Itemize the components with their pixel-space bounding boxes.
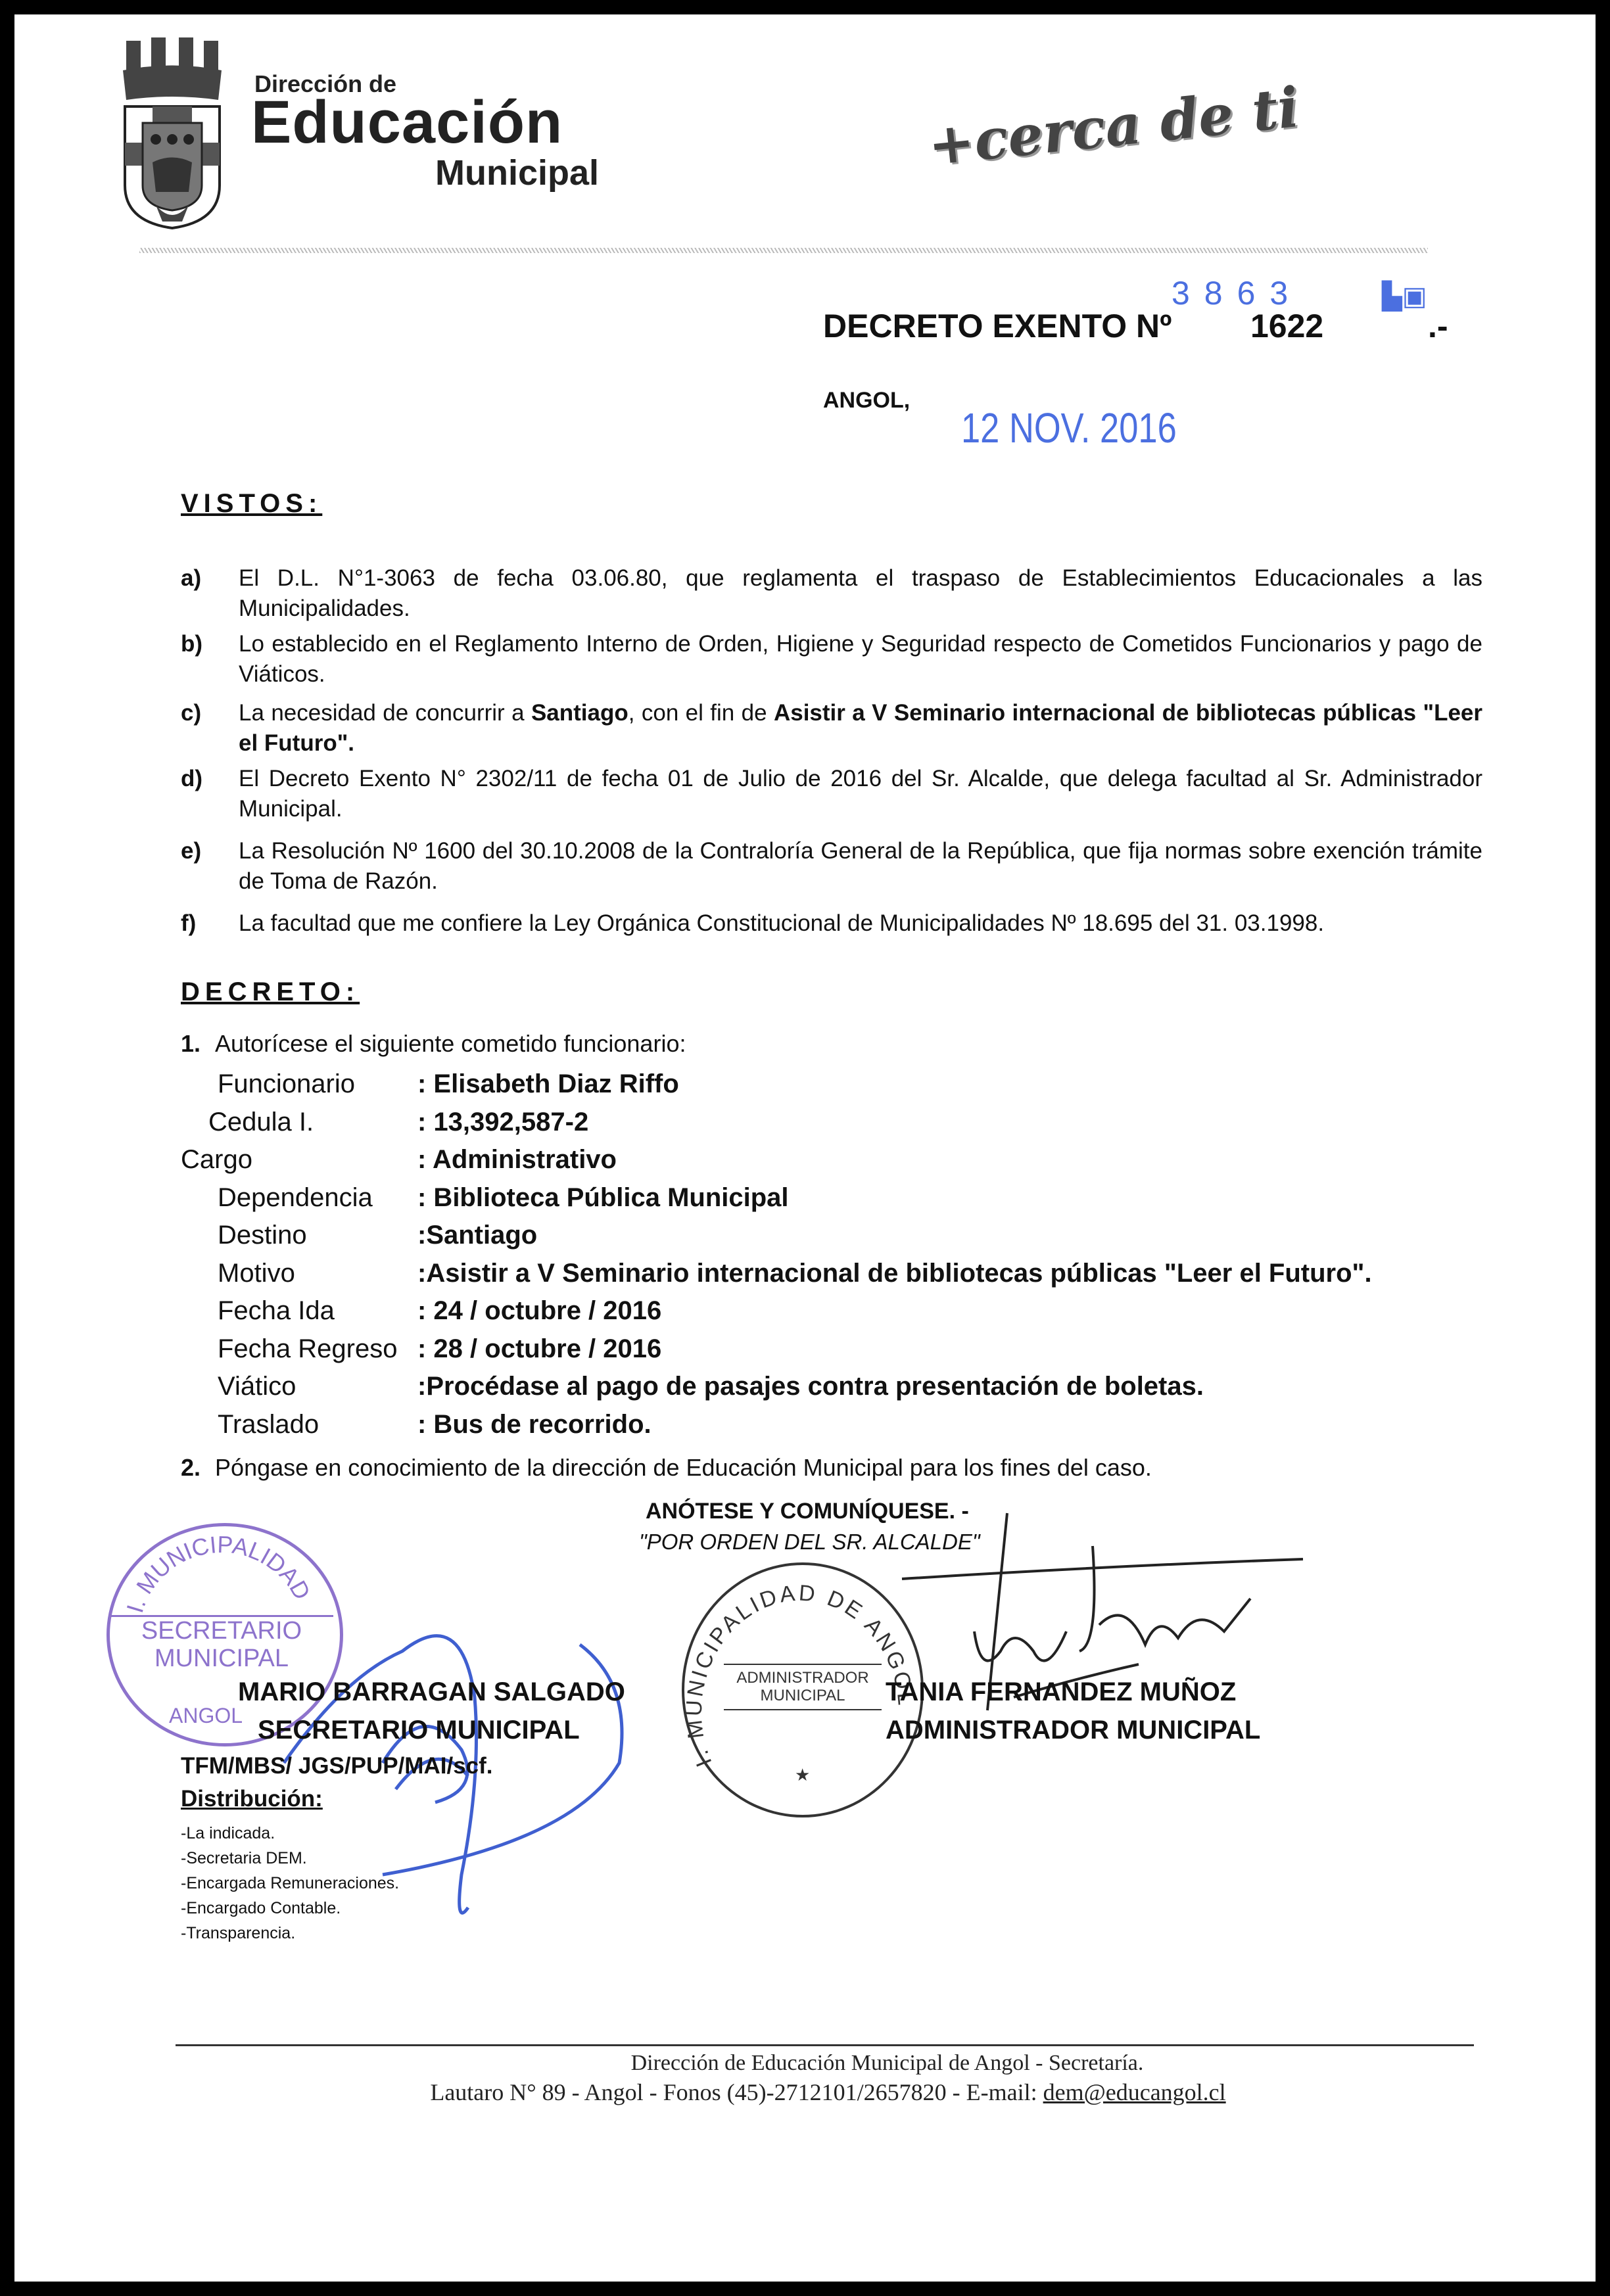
item-text: Lo establecido en el Reglamento Interno … (239, 629, 1482, 690)
place: ANGOL, (823, 388, 910, 413)
item-label: e) (181, 836, 201, 866)
right-signer-name: TANIA FERNANDEZ MUÑOZ (886, 1677, 1236, 1707)
point-text: Autorícese el siguiente cometido funcion… (215, 1030, 686, 1057)
distribucion-item: -Transparencia. (181, 1921, 399, 1946)
vistos-item: d)El Decreto Exento N° 2302/11 de fecha … (181, 764, 1482, 824)
left-signer-role: SECRETARIO MUNICIPAL (258, 1716, 580, 1745)
distribucion-item: -Encargada Remuneraciones. (181, 1871, 399, 1896)
field-value: :Santiago (417, 1221, 537, 1250)
field-label: Fecha Ida (218, 1296, 335, 1325)
point-number: 1. (181, 1030, 201, 1057)
registry-stamp-icon: ▙▣ (1382, 281, 1427, 312)
field-row: Funcionario: Elisabeth Diaz Riffo (181, 1069, 355, 1099)
footer-email-link[interactable]: dem@educangol.cl (1043, 2079, 1226, 2105)
text-run: La facultad que me confiere la Ley Orgán… (239, 910, 1324, 936)
header-divider (139, 248, 1428, 253)
text-run: Lo establecido en el Reglamento Interno … (239, 631, 1482, 687)
field-label: Dependencia (218, 1183, 373, 1212)
field-row: Cargo: Administrativo (181, 1145, 252, 1175)
field-value: : Elisabeth Diaz Riffo (417, 1069, 679, 1099)
slogan: +cerca de ti (925, 74, 1302, 178)
point-number: 2. (181, 1454, 201, 1481)
field-label: Cargo (181, 1145, 252, 1174)
field-value: :Procédase al pago de pasajes contra pre… (417, 1372, 1204, 1401)
initials: TFM/MBS/ JGS/PUP/MAI/scf. (181, 1753, 493, 1779)
text-run: La Resolución Nº 1600 del 30.10.2008 de … (239, 838, 1482, 894)
field-label: Traslado (218, 1410, 319, 1439)
item-label: d) (181, 764, 202, 794)
field-label: Motivo (218, 1259, 295, 1288)
star-icon: ★ (795, 1766, 810, 1785)
vistos-item: c)La necesidad de concurrir a Santiago, … (181, 698, 1482, 759)
vistos-item: b)Lo establecido en el Reglamento Intern… (181, 629, 1482, 690)
coat-of-arms-icon (120, 34, 225, 231)
field-row: Fecha Regreso: 28 / octubre / 2016 (181, 1334, 397, 1364)
item-text: La necesidad de concurrir a Santiago, co… (239, 698, 1482, 759)
field-row: Destino:Santiago (181, 1221, 307, 1250)
text-run: , con el fin de (628, 700, 774, 726)
field-label: Funcionario (218, 1069, 355, 1098)
text-run: El D.L. N°1-3063 de fecha 03.06.80, que … (239, 565, 1482, 621)
brand-line3: Municipal (435, 152, 599, 193)
field-value: :Asistir a V Seminario internacional de … (417, 1259, 1372, 1288)
field-row: Motivo:Asistir a V Seminario internacion… (181, 1259, 295, 1288)
field-value: : 13,392,587-2 (417, 1108, 588, 1137)
decree-number: 1622 (1250, 307, 1323, 345)
brand-line2: Educación (251, 88, 563, 157)
vistos-item: a)El D.L. N°1-3063 de fecha 03.06.80, qu… (181, 563, 1482, 624)
decreto-point-2: 2. Póngase en conocimiento de la direcci… (181, 1454, 1152, 1482)
decree-title: DECRETO EXENTO Nº (823, 307, 1172, 345)
footer-address: Lautaro N° 89 - Angol - Fonos (45)-27121… (430, 2079, 1043, 2105)
distribucion-item: -Encargado Contable. (181, 1896, 399, 1921)
item-text: La Resolución Nº 1600 del 30.10.2008 de … (239, 836, 1482, 897)
text-run: El Decreto Exento N° 2302/11 de fecha 01… (239, 766, 1482, 822)
date-stamp: 12 NOV. 2016 (961, 404, 1177, 452)
item-text: El D.L. N°1-3063 de fecha 03.06.80, que … (239, 563, 1482, 624)
item-text: El Decreto Exento N° 2302/11 de fecha 01… (239, 764, 1482, 824)
footer-line2: Lautaro N° 89 - Angol - Fonos (45)-27121… (14, 2078, 1596, 2106)
footer-line1: Dirección de Educación Municipal de Ango… (14, 2051, 1596, 2076)
field-row: Cedula I.: 13,392,587-2 (181, 1108, 314, 1137)
field-label: Cedula I. (208, 1108, 314, 1136)
item-label: b) (181, 629, 202, 659)
vistos-item: f)La facultad que me confiere la Ley Org… (181, 908, 1482, 939)
distribucion-item: -Secretaria DEM. (181, 1846, 399, 1871)
decreto-point-1: 1. Autorícese el siguiente cometido func… (181, 1030, 686, 1058)
field-value: : 24 / octubre / 2016 (417, 1296, 661, 1326)
point-text: Póngase en conocimiento de la dirección … (215, 1454, 1152, 1481)
field-value: : 28 / octubre / 2016 (417, 1334, 661, 1364)
field-row: Viático:Procédase al pago de pasajes con… (181, 1372, 296, 1401)
right-signer-role: ADMINISTRADOR MUNICIPAL (886, 1716, 1260, 1745)
distribucion-heading: Distribución: (181, 1786, 323, 1812)
field-row: Dependencia: Biblioteca Pública Municipa… (181, 1183, 373, 1213)
left-seal-bottom: ANGOL (169, 1704, 243, 1728)
decreto-heading: DECRETO: (181, 977, 360, 1007)
vistos-item: e)La Resolución Nº 1600 del 30.10.2008 d… (181, 836, 1482, 897)
item-text: La facultad que me confiere la Ley Orgán… (239, 908, 1482, 939)
vistos-heading: VISTOS: (181, 489, 322, 519)
field-label: Destino (218, 1221, 307, 1250)
field-value: : Biblioteca Pública Municipal (417, 1183, 789, 1213)
field-label: Fecha Regreso (218, 1334, 397, 1363)
left-signer-name: MARIO BARRAGAN SALGADO (238, 1677, 625, 1707)
right-seal-line1: ADMINISTRADOR (724, 1664, 882, 1687)
field-value: : Bus de recorrido. (417, 1410, 651, 1440)
field-label: Viático (218, 1372, 296, 1401)
decree-number-suffix: .- (1428, 307, 1448, 345)
document-page: Dirección de Educación Municipal +cerca … (14, 14, 1596, 2282)
right-seal-line2: MUNICIPAL (724, 1687, 882, 1710)
item-label: a) (181, 563, 201, 594)
field-value: : Administrativo (417, 1145, 617, 1175)
field-row: Traslado: Bus de recorrido. (181, 1410, 319, 1440)
footer-divider (176, 2044, 1474, 2046)
item-label: f) (181, 908, 196, 939)
field-row: Fecha Ida: 24 / octubre / 2016 (181, 1296, 335, 1326)
text-run: La necesidad de concurrir a (239, 700, 531, 726)
distribucion-list: -La indicada.-Secretaria DEM.-Encargada … (181, 1821, 399, 1946)
item-label: c) (181, 698, 201, 728)
emphasis-text: Santiago (531, 700, 628, 726)
distribucion-item: -La indicada. (181, 1821, 399, 1846)
